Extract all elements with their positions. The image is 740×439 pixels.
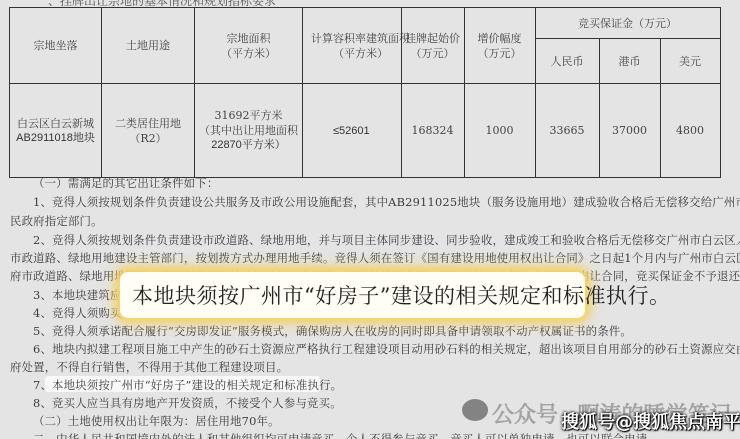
header-start-price-line1: 挂牌起始价	[404, 31, 462, 46]
header-deposit-usd: 美元	[660, 39, 720, 84]
cell-increment: 1000	[464, 84, 535, 178]
cell-area: 31692平方米 （其中出让用地面积 22870平方米）	[195, 84, 303, 178]
paragraph-item-8: 8、竞买人应当具有房地产开发资质，不接受个人参与竞买。	[33, 395, 342, 411]
paragraph-item-4: 4、竞得人须购买该	[33, 305, 133, 321]
header-increment: 增价幅度 （万元）	[464, 8, 535, 84]
highlight-callout: 本地块须按广州市“好房子”建设的相关规定和标准执行。	[120, 272, 585, 318]
cell-start-price: 168324	[401, 84, 464, 178]
paragraph-item-2: 2、竞得人须按规划条件负责建设市政道路、绿地用地，并与项目主体同步建设、同步验收…	[33, 232, 740, 248]
wechat-icon	[462, 399, 488, 421]
paragraph-item-6-cont: 府处置，不得自行销售，不得用于其他工程建设项目。	[10, 359, 288, 375]
area-line1: 31692平方米	[197, 108, 300, 123]
paragraph-item-7: 7、本地块须按广州市“好房子”建设的相关规定和标准执行。	[33, 377, 342, 393]
header-far-area-right	[361, 8, 401, 84]
header-deposit-rmb: 人民币	[535, 39, 599, 84]
paragraph-land-term: （二）土地使用权出让年限为：居住用地70年。	[33, 413, 280, 429]
area-line3: 22870平方米）	[197, 138, 300, 153]
paragraph-item-2-cont1: 市政道路、绿地用地建设主管部门，按划拨方式办理用地手续。竞得人须在签订《国有建设…	[10, 250, 740, 266]
header-far-area-line2: （平方米）	[333, 46, 362, 61]
header-land-use: 土地用途	[102, 8, 195, 84]
paragraph-conditions-heading: （一）需满足的其它出让条件如下：	[33, 175, 218, 191]
cell-far-area: ≤52601	[303, 84, 362, 178]
land-info-table-left: 宗地坐落 土地用途 宗地面积 （平方米） 计算容积率建筑面积 （平方米） 白云区…	[9, 7, 362, 178]
cell-location: 白云区白云新城 AB2911018地块	[10, 84, 102, 178]
cell-deposit-rmb: 33665	[535, 84, 599, 178]
paragraph-item-1: 1、竞得人须按规划条件负责建设公共服务及市政公用设施配套，其中AB2911025…	[33, 194, 740, 210]
header-increment-line1: 增价幅度	[467, 31, 533, 46]
header-far-area-line1: 计算容积率建筑面积	[311, 31, 362, 46]
header-deposit-group: 竞买保证金（万元）	[535, 8, 720, 39]
header-start-price: 挂牌起始价 （万元）	[401, 8, 464, 84]
header-deposit-hkd: 港币	[599, 39, 660, 84]
header-start-price-line2: （万元）	[404, 46, 462, 61]
header-area-line1: 宗地面积	[197, 31, 300, 46]
cell-deposit-usd: 4800	[660, 84, 720, 178]
paragraph-item-5: 5、竞得人须承诺配合履行“交房即发证”服务模式，确保购房人在收房的同时即具备申请…	[33, 323, 632, 339]
location-line2: AB2911018地块	[12, 131, 99, 146]
header-far-area-left: 计算容积率建筑面积 （平方米）	[303, 8, 362, 84]
location-line1: 白云区白云新城	[12, 116, 99, 131]
land-info-table-right: 挂牌起始价 （万元） 增价幅度 （万元） 竞买保证金（万元） 人民币 港币 美元…	[361, 7, 721, 178]
sohu-watermark: 搜狐号@搜狐焦点南平站	[561, 408, 740, 434]
paragraph-item-3: 3、本地块建筑应按	[33, 287, 133, 303]
cell-far-area-right	[361, 84, 401, 178]
cell-deposit-hkd: 37000	[599, 84, 660, 178]
paragraph-section-2: 二、中华人民共和国境内外的法人和其他组织均可申请竞买，个人不得参与竞买，竞买人可…	[33, 431, 647, 439]
header-location: 宗地坐落	[10, 8, 102, 84]
callout-text: 本地块须按广州市“好房子”建设的相关规定和标准执行。	[132, 280, 670, 310]
header-area-line2: （平方米）	[197, 46, 300, 61]
paragraph-item-6: 6、地块内拟建工程项目施工中产生的砂石土资源应严格执行工程建设项目动用砂石料的相…	[33, 341, 740, 357]
paragraph-item-1-cont: 民政府指定部门。	[10, 213, 103, 229]
header-area: 宗地面积 （平方米）	[195, 8, 303, 84]
header-increment-line2: （万元）	[467, 46, 533, 61]
cell-land-use: 二类居住用地（R2）	[102, 84, 195, 178]
area-line2: （其中出让用地面积	[197, 123, 300, 138]
